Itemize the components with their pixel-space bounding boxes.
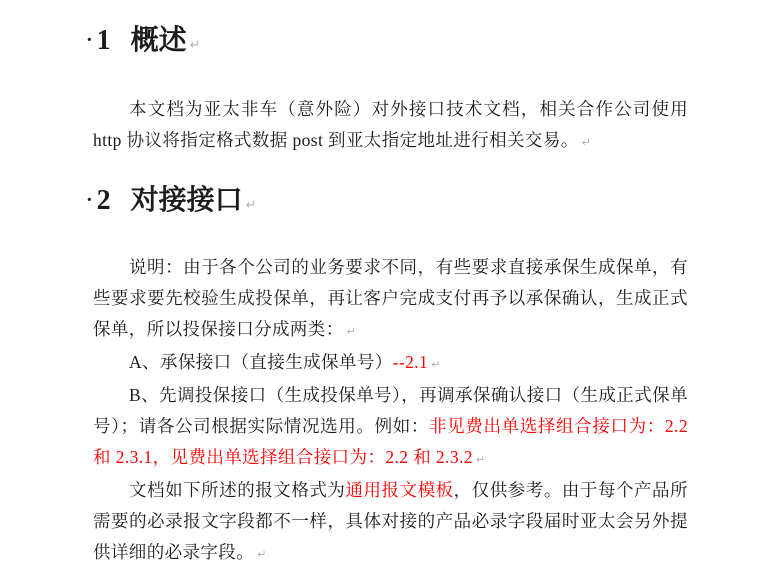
paragraph-mark-icon: ↵ bbox=[582, 136, 591, 149]
heading-bullet-icon: · bbox=[86, 29, 93, 51]
paragraph-mark-icon: ↵ bbox=[347, 325, 356, 338]
document-page: ·1概述↵ 本文档为亚太非车（意外险）对外接口技术文档，相关合作公司使用 htt… bbox=[0, 0, 769, 563]
text-run: A、承保接口（直接生成保单号） bbox=[129, 352, 393, 372]
paragraph-mark-icon: ↵ bbox=[431, 358, 440, 371]
heading-bullet-icon: · bbox=[86, 189, 93, 211]
heading-number: 1 bbox=[97, 25, 111, 56]
text-run-red: --2.1 bbox=[393, 352, 429, 372]
text-run: 文档如下所述的报文格式为 bbox=[129, 480, 345, 500]
heading-title: 对接接口 bbox=[131, 185, 243, 216]
paragraph-mark-icon: ↵ bbox=[476, 453, 485, 466]
text-run: 本文档为亚太非车（意外险）对外接口技术文档，相关合作公司使用 http 协议将指… bbox=[93, 99, 688, 150]
heading-number: 2 bbox=[97, 185, 111, 216]
heading-interfaces: ·2对接接口↵ bbox=[86, 182, 688, 224]
text-run-red: 通用报文模板 bbox=[345, 480, 453, 500]
paragraph-mark-icon: ↵ bbox=[257, 548, 266, 561]
paragraph-item-b: B、先调投保接口（生成投保单号），再调承保确认接口（生成正式保单号）；请各公司根… bbox=[93, 380, 688, 475]
heading-overview: ·1概述↵ bbox=[86, 22, 688, 64]
paragraph-mark-icon: ↵ bbox=[246, 198, 257, 213]
paragraph-item-a: A、承保接口（直接生成保单号）--2.1↵ bbox=[93, 347, 688, 380]
paragraph-template-note: 文档如下所述的报文格式为通用报文模板，仅供参考。由于每个产品所需要的必录报文字段… bbox=[93, 475, 688, 563]
text-run: 说明：由于各个公司的业务要求不同，有些要求直接承保生成保单，有些要求要先校验生成… bbox=[93, 257, 688, 339]
heading-title: 概述 bbox=[131, 25, 187, 56]
paragraph-explanation: 说明：由于各个公司的业务要求不同，有些要求直接承保生成保单，有些要求要先校验生成… bbox=[93, 252, 688, 347]
paragraph-intro: 本文档为亚太非车（意外险）对外接口技术文档，相关合作公司使用 http 协议将指… bbox=[93, 94, 688, 158]
paragraph-mark-icon: ↵ bbox=[190, 38, 201, 53]
